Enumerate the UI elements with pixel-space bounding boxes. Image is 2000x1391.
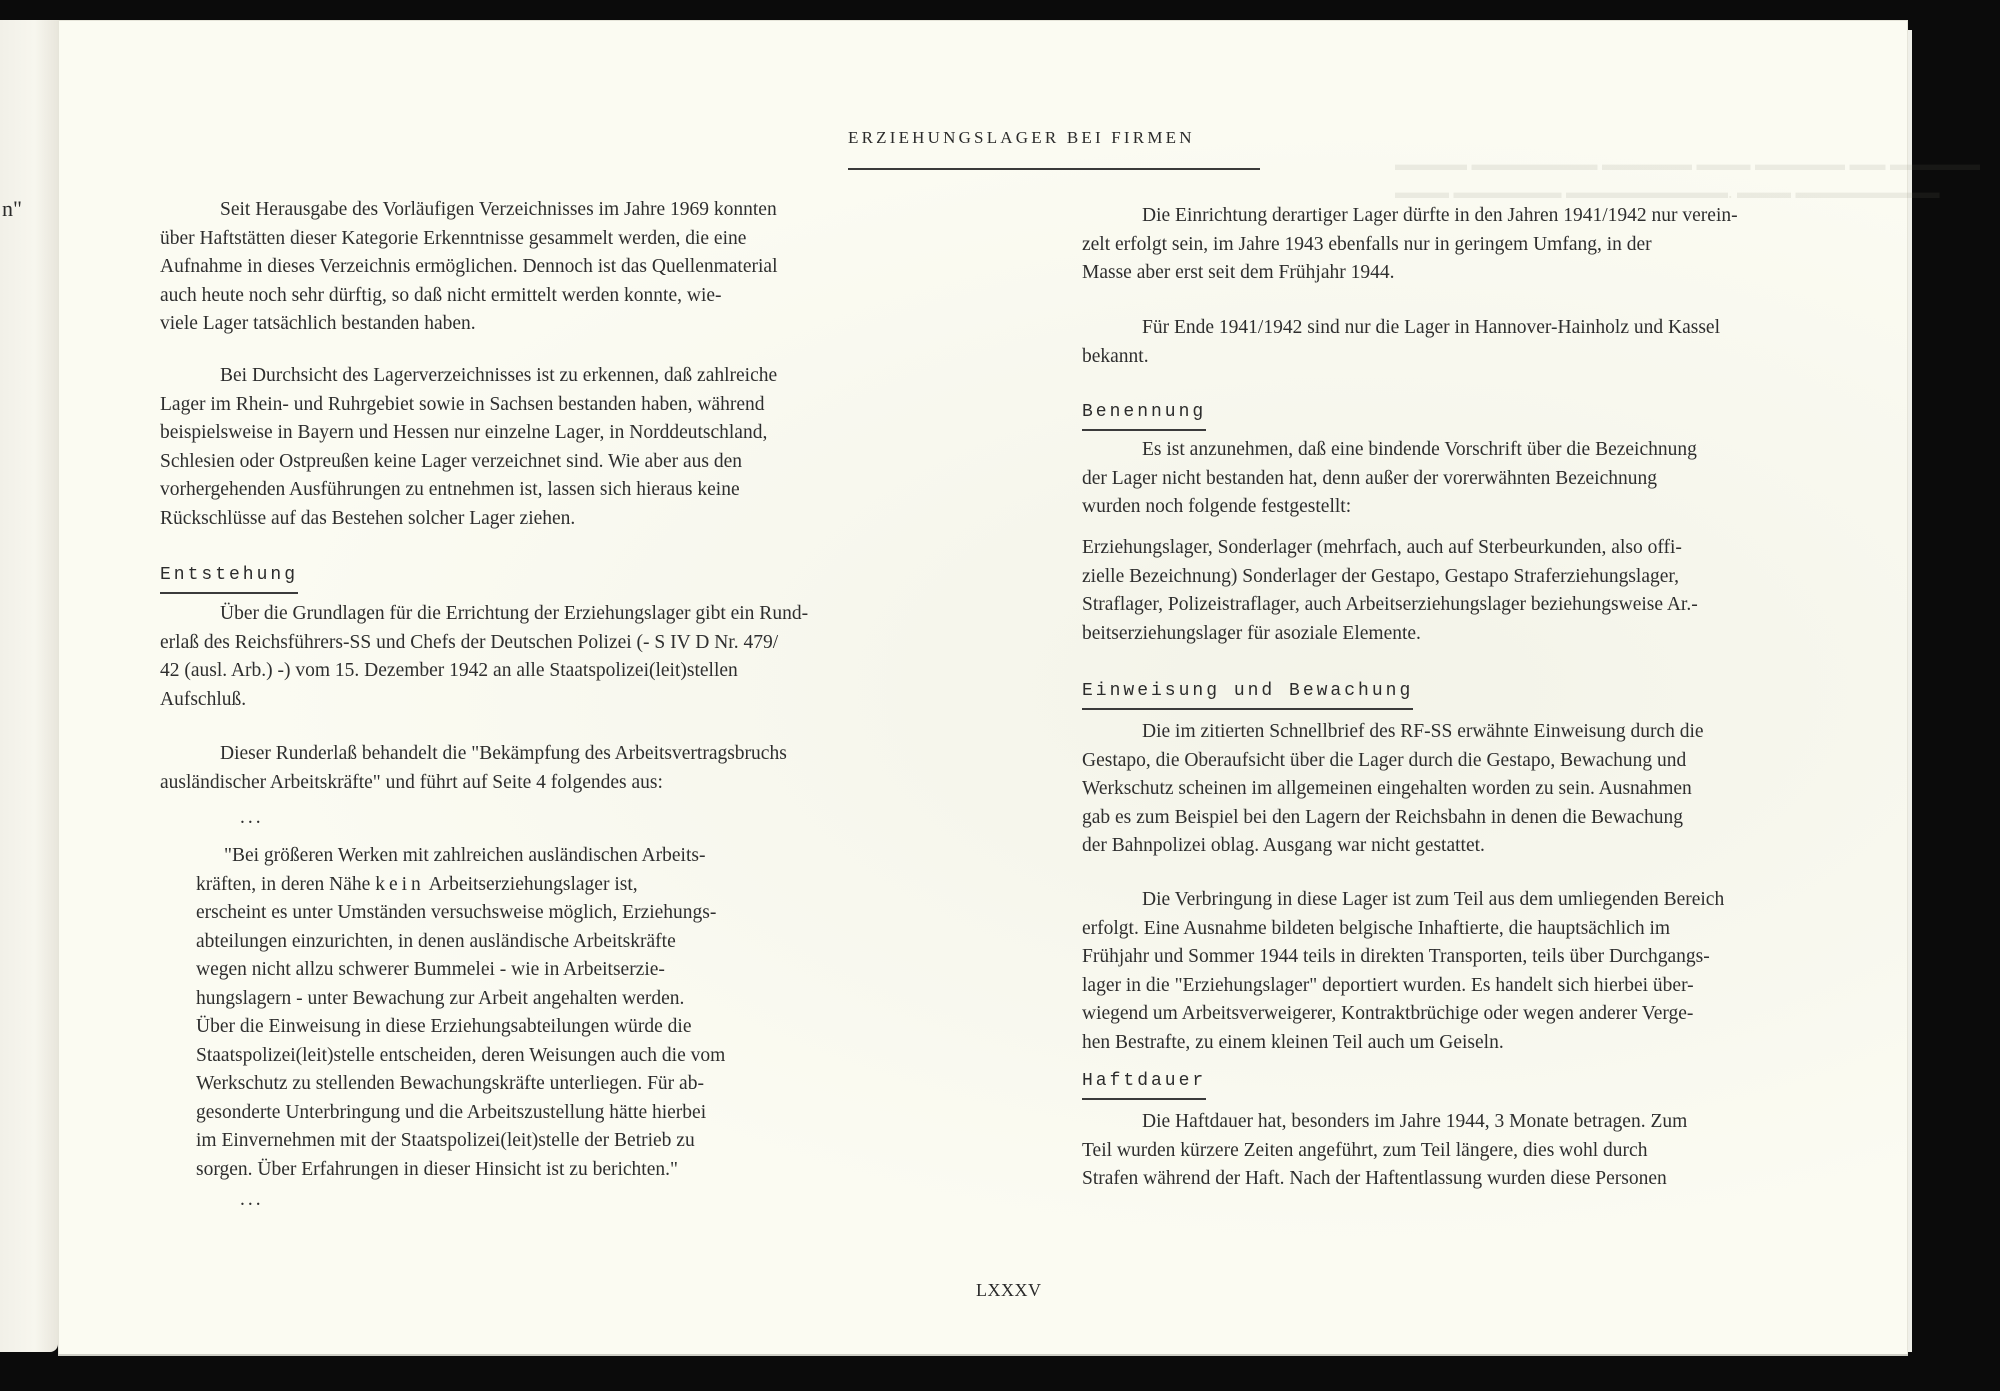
einweisung-paragraph-2: Die Verbringung in diese Lager ist zum T… — [1082, 886, 1882, 1057]
quote-line: gesonderte Unterbringung und die Arbeits… — [196, 1099, 916, 1128]
section-heading-haftdauer: Haftdauer — [1082, 1067, 1206, 1100]
intro-paragraph-2: Bei Durchsicht des Lagerverzeichnisses i… — [160, 362, 940, 533]
text-line: beispielsweise in Bayern und Hessen nur … — [160, 419, 940, 448]
section-entstehung: Entstehung — [160, 560, 940, 594]
text-line: Rückschlüsse auf das Bestehen solcher La… — [160, 505, 940, 534]
text-line: Lager im Rhein- und Ruhrgebiet sowie in … — [160, 391, 940, 420]
text-line: der Bahnpolizei oblag. Ausgang war nicht… — [1082, 832, 1882, 861]
benennung-paragraph-1-block: Es ist anzunehmen, daß eine bindende Vor… — [1082, 436, 1882, 522]
text-line: ausländischer Arbeitskräfte" und führt a… — [160, 769, 940, 798]
text-line: viele Lager tatsächlich bestanden haben. — [160, 310, 940, 339]
benennung-paragraph-1: Es ist anzunehmen, daß eine bindende Vor… — [1082, 436, 1882, 522]
right-paragraph-2-block: Für Ende 1941/1942 sind nur die Lager in… — [1082, 314, 1882, 371]
previous-page-text-fragment: n" — [2, 196, 22, 222]
text-line: zelt erfolgt sein, im Jahre 1943 ebenfal… — [1082, 231, 1882, 260]
right-paragraph-1: Die Einrichtung derartiger Lager dürfte … — [1082, 202, 1882, 288]
previous-page-edge: n" — [0, 20, 58, 1352]
ellipsis-after-quote: ... — [240, 1186, 264, 1215]
text-line: zielle Bezeichnung) Sonderlager der Gest… — [1082, 563, 1882, 592]
quote-line: wegen nicht allzu schwerer Bummelei - wi… — [196, 956, 916, 985]
text-line: der Lager nicht bestanden hat, denn auße… — [1082, 465, 1882, 494]
entstehung-paragraph-1: Über die Grundlagen für die Errichtung d… — [160, 600, 940, 714]
text-line: Schlesien oder Ostpreußen keine Lager ve… — [160, 448, 940, 477]
einweisung-paragraph-1-block: Die im zitierten Schnellbrief des RF-SS … — [1082, 718, 1882, 861]
einweisung-paragraph-2-block: Die Verbringung in diese Lager ist zum T… — [1082, 886, 1882, 1057]
emphasized-word: kein — [375, 874, 425, 895]
text-line: Teil wurden kürzere Zeiten angeführt, zu… — [1082, 1137, 1882, 1166]
quote-line: erscheint es unter Umständen versuchswei… — [196, 899, 916, 928]
page-bottom-edge — [58, 1354, 1908, 1356]
title-underline — [848, 168, 1260, 170]
quote-text: kräften, in deren Nähe — [196, 874, 375, 895]
text-line: Aufschluß. — [160, 686, 940, 715]
text-line: Die im zitierten Schnellbrief des RF-SS … — [1082, 718, 1882, 747]
text-line: Die Einrichtung derartiger Lager dürfte … — [1082, 202, 1882, 231]
quote-line: Über die Einweisung in diese Erziehungsa… — [196, 1013, 916, 1042]
benennung-paragraph-2-block: Erziehungslager, Sonderlager (mehrfach, … — [1082, 534, 1882, 648]
text-line: hen Bestrafte, zu einem kleinen Teil auc… — [1082, 1029, 1882, 1058]
section-benennung: Benennung — [1082, 397, 1206, 431]
haftdauer-paragraph-1: Die Haftdauer hat, besonders im Jahre 19… — [1082, 1108, 1882, 1194]
text-line: Es ist anzunehmen, daß eine bindende Vor… — [1082, 436, 1882, 465]
text-line: beitserziehungslager für asoziale Elemen… — [1082, 620, 1882, 649]
quote-line: "Bei größeren Werken mit zahlreichen aus… — [196, 842, 916, 871]
quote-line: im Einvernehmen mit der Staatspolizei(le… — [196, 1127, 916, 1156]
text-line: Bei Durchsicht des Lagerverzeichnisses i… — [160, 362, 940, 391]
benennung-paragraph-2: Erziehungslager, Sonderlager (mehrfach, … — [1082, 534, 1882, 648]
text-line: vorhergehenden Ausführungen zu entnehmen… — [160, 476, 940, 505]
text-line: Erziehungslager, Sonderlager (mehrfach, … — [1082, 534, 1882, 563]
ellipsis-before-quote: ... — [240, 804, 264, 833]
text-line: wurden noch folgende festgestellt: — [1082, 493, 1882, 522]
text-line: Gestapo, die Oberaufsicht über die Lager… — [1082, 747, 1882, 776]
quote-line: Staatspolizei(leit)stelle entscheiden, d… — [196, 1042, 916, 1071]
section-heading-entstehung: Entstehung — [160, 561, 298, 594]
text-line: erlaß des Reichsführers-SS und Chefs der… — [160, 629, 940, 658]
section-heading-benennung: Benennung — [1082, 398, 1206, 431]
text-line: Strafen während der Haft. Nach der Hafte… — [1082, 1165, 1882, 1194]
right-paragraph-1-block: Die Einrichtung derartiger Lager dürfte … — [1082, 202, 1882, 288]
section-einweisung: Einweisung und Bewachung — [1082, 676, 1413, 710]
text-line: Aufnahme in dieses Verzeichnis ermöglich… — [160, 253, 940, 282]
text-line: Die Haftdauer hat, besonders im Jahre 19… — [1082, 1108, 1882, 1137]
text-line: 42 (ausl. Arb.) -) vom 15. Dezember 1942… — [160, 657, 940, 686]
entstehung-paragraph-2: Dieser Runderlaß behandelt die "Bekämpfu… — [160, 740, 940, 797]
quoted-decree: "Bei größeren Werken mit zahlreichen aus… — [196, 842, 916, 1184]
quote-line: Werkschutz zu stellenden Bewachungskräft… — [196, 1070, 916, 1099]
left-column: Seit Herausgabe des Vorläufigen Verzeich… — [160, 196, 940, 339]
left-column-paragraph-2: Bei Durchsicht des Lagerverzeichnisses i… — [160, 362, 940, 533]
page-title: ERZIEHUNGSLAGER BEI FIRMEN — [848, 128, 1195, 148]
text-line: Seit Herausgabe des Vorläufigen Verzeich… — [160, 196, 940, 225]
quote-line: abteilungen einzurichten, in denen auslä… — [196, 928, 916, 957]
text-line: über Haftstätten dieser Kategorie Erkenn… — [160, 225, 940, 254]
text-line: Masse aber erst seit dem Frühjahr 1944. — [1082, 259, 1882, 288]
section-heading-einweisung: Einweisung und Bewachung — [1082, 677, 1413, 710]
quote-line: sorgen. Über Erfahrungen in dieser Hinsi… — [196, 1156, 916, 1185]
text-line: Straflager, Polizeistraflager, auch Arbe… — [1082, 591, 1882, 620]
text-line: Die Verbringung in diese Lager ist zum T… — [1082, 886, 1882, 915]
text-line: Frühjahr und Sommer 1944 teils in direkt… — [1082, 943, 1882, 972]
text-line: erfolgt. Eine Ausnahme bildeten belgisch… — [1082, 915, 1882, 944]
quote-line: kräften, in deren Nähe kein Arbeitserzie… — [196, 871, 916, 900]
intro-paragraph-1: Seit Herausgabe des Vorläufigen Verzeich… — [160, 196, 940, 339]
right-paragraph-2: Für Ende 1941/1942 sind nur die Lager in… — [1082, 314, 1882, 371]
text-line: Werkschutz scheinen im allgemeinen einge… — [1082, 775, 1882, 804]
haftdauer-paragraph-1-block: Die Haftdauer hat, besonders im Jahre 19… — [1082, 1108, 1882, 1194]
einweisung-paragraph-1: Die im zitierten Schnellbrief des RF-SS … — [1082, 718, 1882, 861]
text-line: Dieser Runderlaß behandelt die "Bekämpfu… — [160, 740, 940, 769]
text-line: bekannt. — [1082, 343, 1882, 372]
text-line: Für Ende 1941/1942 sind nur die Lager in… — [1082, 314, 1882, 343]
entstehung-paragraph-1-block: Über die Grundlagen für die Errichtung d… — [160, 600, 940, 714]
entstehung-paragraph-2-block: Dieser Runderlaß behandelt die "Bekämpfu… — [160, 740, 940, 797]
quote-line: hungslagern - unter Bewachung zur Arbeit… — [196, 985, 916, 1014]
quote-text: Arbeitserziehungslager ist, — [425, 874, 638, 895]
text-line: Über die Grundlagen für die Errichtung d… — [160, 600, 940, 629]
page-number: LXXXV — [976, 1280, 1042, 1301]
text-line: auch heute noch sehr dürftig, so daß nic… — [160, 282, 940, 311]
text-line: gab es zum Beispiel bei den Lagern der R… — [1082, 804, 1882, 833]
text-line: wiegend um Arbeitsverweigerer, Kontraktb… — [1082, 1000, 1882, 1029]
section-haftdauer: Haftdauer — [1082, 1066, 1206, 1100]
text-line: lager in die "Erziehungslager" deportier… — [1082, 972, 1882, 1001]
